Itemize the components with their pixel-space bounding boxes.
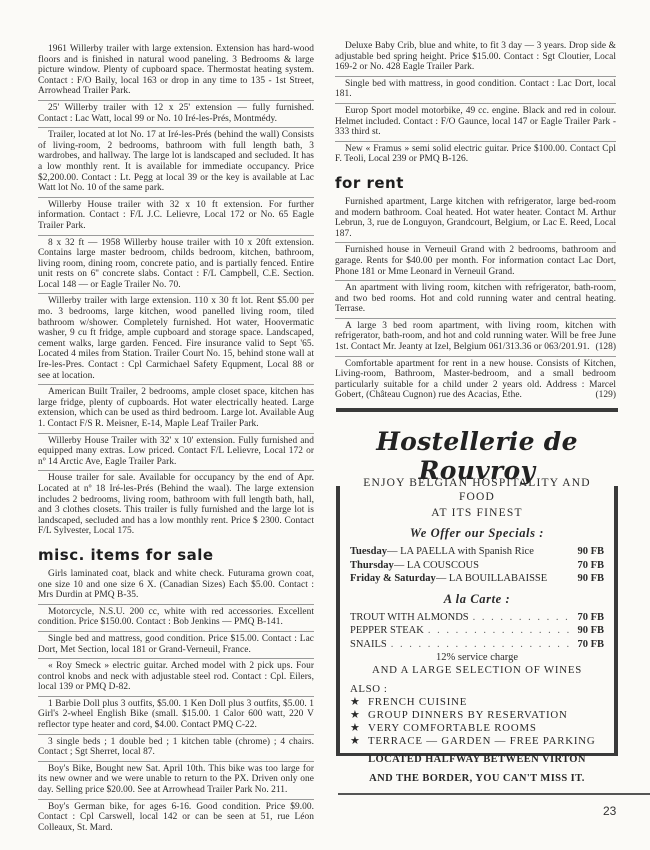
carte-row: PEPPER STEAK. . . . . . . . . . . . . . … (350, 624, 604, 638)
location-line-1: LOCATED HALFWAY BETWEEN VIRTON (350, 753, 604, 767)
right-column: Deluxe Baby Crib, blue and white, to fit… (335, 39, 616, 404)
page-number: 23 (603, 804, 616, 818)
carte-list: TROUT WITH ALMONDS. . . . . . . . . . . … (350, 611, 604, 652)
classified-ad: Comfortable apartment for rent in a new … (335, 357, 616, 404)
star-icon: ★ (350, 722, 368, 735)
ad-frame: ENJOY BELGIAN HOSPITALITY AND FOOD AT IT… (336, 474, 618, 756)
classified-ad: « Roy Smeck » electric guitar. Arched mo… (38, 659, 314, 697)
tagline-line-2: AT ITS FINEST (350, 506, 604, 520)
for-rent-heading: for rent (335, 174, 616, 192)
classified-ad: 8 x 32 ft — 1958 Willerby house trailer … (38, 236, 314, 295)
classified-ad: Furnished house in Verneuil Grand with 2… (335, 243, 616, 281)
also-label: ALSO : (350, 683, 604, 696)
special-row: Tuesday — LA PAELLA with Spanish Rice90 … (350, 545, 604, 559)
carte-heading: A la Carte : (350, 592, 604, 607)
carte-price: 70 FB (574, 611, 604, 625)
carte-dish: PEPPER STEAK (350, 624, 424, 638)
leader-dots: . . . . . . . . . . . . . . . . . . . . … (387, 638, 575, 652)
star-icon: ★ (350, 696, 368, 709)
footer-rule (338, 793, 650, 795)
classified-ad: Furnished apartment, Large kitchen with … (335, 195, 616, 243)
classified-ad: Trailer, located at lot No. 17 at Iré-le… (38, 128, 314, 198)
wine-selection: AND A LARGE SELECTION OF WINES (350, 664, 604, 677)
misc-items-continued-list: Deluxe Baby Crib, blue and white, to fit… (335, 39, 616, 168)
restaurant-advertisement: Hostellerie de Rouvroy ENJOY BELGIAN HOS… (336, 408, 618, 756)
carte-dish: TROUT WITH ALMONDS (350, 611, 469, 625)
also-item-text: GROUP DINNERS BY RESERVATION (368, 709, 568, 721)
special-row: Thursday — LA COUSCOUS70 FB (350, 559, 604, 573)
classified-ad: Boy's Bike, Bought new Sat. April 10th. … (38, 762, 314, 800)
also-item: ★FRENCH CUISINE (350, 696, 604, 709)
service-charge: 12% service charge (350, 651, 604, 664)
classified-ad: Single bed and mattress, good condition.… (38, 632, 314, 659)
classified-ad: Girls laminated coat, black and white ch… (38, 567, 314, 605)
classified-ad: Boy's German bike, for ages 6-16. Good c… (38, 800, 314, 837)
ad-top-rule (336, 408, 618, 412)
specials-heading: We Offer our Specials : (350, 526, 604, 541)
also-item-text: VERY COMFORTABLE ROOMS (368, 722, 537, 734)
ad-reference-number: (129) (595, 390, 616, 401)
special-day: Friday & Saturday (350, 572, 436, 586)
leader-dots: . . . . . . . . . . . . . . . . . . . . … (469, 611, 575, 625)
classified-ad: Europ Sport model motorbike, 49 cc. engi… (335, 104, 616, 142)
also-item: ★GROUP DINNERS BY RESERVATION (350, 709, 604, 722)
leader-dots: . . . . . . . . . . . . . . . . . . . . … (424, 624, 575, 638)
carte-dish: SNAILS (350, 638, 387, 652)
classified-ad: New « Framus » semi solid electric guita… (335, 142, 616, 168)
classified-ad: Single bed with mattress, in good condit… (335, 77, 616, 104)
star-icon: ★ (350, 709, 368, 722)
special-row: Friday & Saturday — LA BOUILLABAISSE90 F… (350, 572, 604, 586)
trailers-for-sale-list: 1961 Willerby trailer with large extensi… (38, 42, 314, 540)
classified-ad: 1961 Willerby trailer with large extensi… (38, 42, 314, 101)
special-dish: — LA COUSCOUS (394, 559, 575, 573)
special-day: Thursday (350, 559, 394, 573)
special-price: 90 FB (574, 572, 604, 586)
special-price: 70 FB (574, 559, 604, 573)
specials-list: Tuesday — LA PAELLA with Spanish Rice90 … (350, 545, 604, 586)
also-list: ★FRENCH CUISINE★GROUP DINNERS BY RESERVA… (350, 696, 604, 748)
classified-ad: Willerby trailer with large extension. 1… (38, 294, 314, 385)
classified-ad: American Built Trailer, 2 bedrooms, ampl… (38, 385, 314, 433)
also-item: ★VERY COMFORTABLE ROOMS (350, 722, 604, 735)
left-column: 1961 Willerby trailer with large extensi… (38, 42, 314, 836)
classified-ad: 25' Willerby trailer with 12 x 25' exten… (38, 101, 314, 128)
special-dish: — LA BOUILLABAISSE (436, 572, 575, 586)
carte-price: 90 FB (574, 624, 604, 638)
also-item: ★TERRACE — GARDEN — FREE PARKING (350, 735, 604, 748)
classified-ad: 3 single beds ; 1 double bed ; 1 kitchen… (38, 735, 314, 762)
carte-row: SNAILS. . . . . . . . . . . . . . . . . … (350, 638, 604, 652)
classified-ad: 1 Barbie Doll plus 3 outfits, $5.00. 1 K… (38, 697, 314, 735)
classified-ad: Motorcycle, N.S.U. 200 cc, white with re… (38, 605, 314, 632)
special-dish: — LA PAELLA with Spanish Rice (387, 545, 574, 559)
also-item-text: TERRACE — GARDEN — FREE PARKING (368, 735, 595, 747)
location-line-2: AND THE BORDER, YOU CAN'T MISS IT. (350, 772, 604, 786)
classified-ad: A large 3 bed room apartment, with livin… (335, 319, 616, 357)
misc-items-list: Girls laminated coat, black and white ch… (38, 567, 314, 836)
carte-price: 70 FB (574, 638, 604, 652)
carte-row: TROUT WITH ALMONDS. . . . . . . . . . . … (350, 611, 604, 625)
special-day: Tuesday (350, 545, 387, 559)
special-price: 90 FB (574, 545, 604, 559)
for-rent-list: Furnished apartment, Large kitchen with … (335, 195, 616, 404)
classified-ad: Willerby House trailer with 32 x 10 ft e… (38, 198, 314, 236)
ad-reference-number: (128) (595, 342, 616, 353)
also-item-text: FRENCH CUISINE (368, 696, 467, 708)
classified-ad: An apartment with living room, kitchen w… (335, 281, 616, 319)
classified-ad: Deluxe Baby Crib, blue and white, to fit… (335, 39, 616, 77)
misc-items-heading: misc. items for sale (38, 546, 314, 564)
star-icon: ★ (350, 735, 368, 748)
tagline-line-1: ENJOY BELGIAN HOSPITALITY AND FOOD (350, 476, 604, 504)
classified-ad: Willerby House Trailer with 32' x 10' ex… (38, 434, 314, 472)
classified-ad: House trailer for sale. Available for oc… (38, 471, 314, 540)
